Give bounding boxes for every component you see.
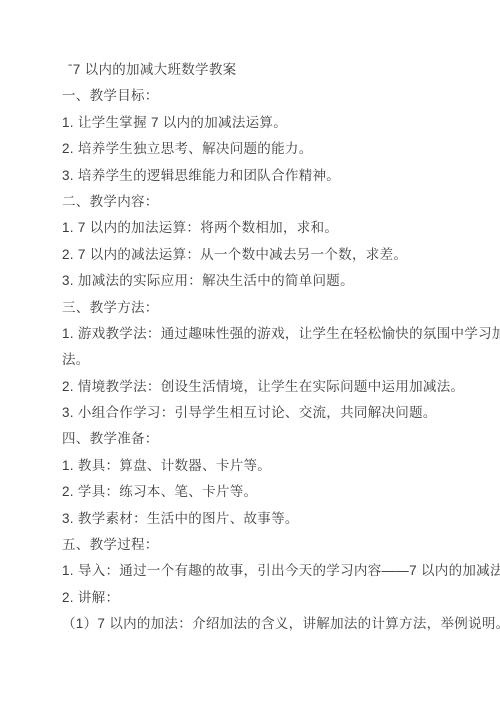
section-heading-teaching-methods: 三、教学方法： <box>62 295 470 321</box>
process-item-intro: 1. 导入：通过一个有趣的故事，引出今天的学习内容——7 以内的加减法。 <box>62 558 470 584</box>
section-heading-teaching-goals: 一、教学目标： <box>62 83 470 109</box>
preparation-item-3: 3. 教学素材：生活中的图片、故事等。 <box>62 506 470 532</box>
process-item-explain: 2. 讲解： <box>62 585 470 611</box>
preparation-item-2: 2. 学具：练习本、笔、卡片等。 <box>62 479 470 505</box>
section-heading-teaching-process: 五、教学过程： <box>62 532 470 558</box>
section-heading-teaching-preparation: 四、教学准备： <box>62 426 470 452</box>
goal-item-3: 3. 培养学生的逻辑思维能力和团队合作精神。 <box>62 163 470 189</box>
process-explain-sub-1: （1）7 以内的加法：介绍加法的含义，讲解加法的计算方法，举例说明。 <box>62 611 470 637</box>
section-heading-teaching-content: 二、教学内容： <box>62 189 470 215</box>
method-item-2: 2. 情境教学法：创设生活情境，让学生在实际问题中运用加减法。 <box>62 374 470 400</box>
method-item-1-wrap: 法。 <box>62 347 470 373</box>
content-item-1: 1. 7 以内的加法运算：将两个数相加，求和。 <box>62 215 470 241</box>
content-item-3: 3. 加减法的实际应用：解决生活中的简单问题。 <box>62 268 470 294</box>
method-item-1: 1. 游戏教学法：通过趣味性强的游戏，让学生在轻松愉快的氛围中学习加减 <box>62 321 470 347</box>
content-item-2: 2. 7 以内的减法运算：从一个数中减去另一个数，求差。 <box>62 242 470 268</box>
document-title: ˉ7 以内的加减大班数学教案 <box>62 57 470 83</box>
method-item-3: 3. 小组合作学习：引导学生相互讨论、交流，共同解决问题。 <box>62 400 470 426</box>
goal-item-1: 1. 让学生掌握 7 以内的加减法运算。 <box>62 110 470 136</box>
document-body: ˉ7 以内的加减大班数学教案 一、教学目标： 1. 让学生掌握 7 以内的加减法… <box>0 0 500 638</box>
document-page: ˉ7 以内的加减大班数学教案 一、教学目标： 1. 让学生掌握 7 以内的加减法… <box>0 0 500 707</box>
preparation-item-1: 1. 教具：算盘、计数器、卡片等。 <box>62 453 470 479</box>
goal-item-2: 2. 培养学生独立思考、解决问题的能力。 <box>62 136 470 162</box>
